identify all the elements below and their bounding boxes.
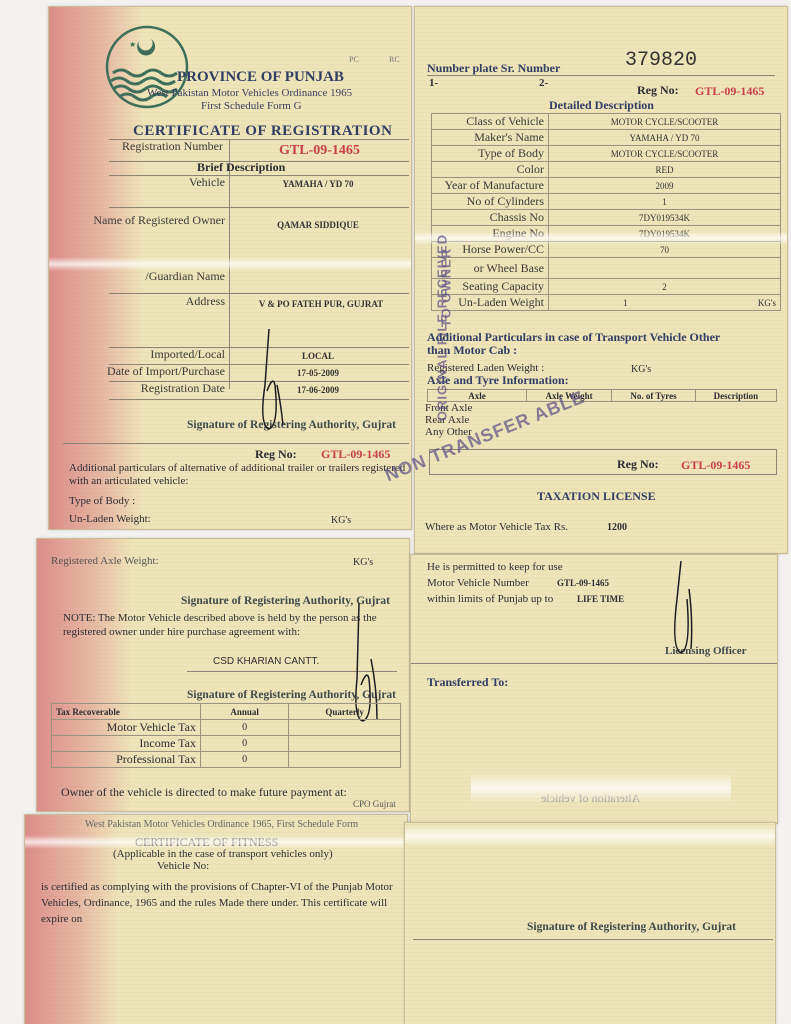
detail-value: 7DY019534K: [549, 226, 781, 242]
detail-label: Class of Vehicle: [432, 114, 549, 130]
vehicle-number-label: Motor Vehicle Number: [427, 577, 529, 589]
detail-label: Color: [432, 162, 549, 178]
address-value: V & PO FATEH PUR, GUJRAT: [233, 299, 409, 309]
certificate-title: CERTIFICATE OF REGISTRATION: [133, 123, 392, 140]
limits-label: within limits of Punjab up to: [427, 593, 553, 605]
trailer-type-of-body: Type of Body :: [69, 495, 135, 507]
detail-value: [549, 258, 781, 279]
permit-line: He is permitted to keep for use: [427, 561, 563, 573]
detail-value: 2009: [549, 178, 781, 194]
signature-label: Signature of Registering Authority, Gujr…: [187, 419, 396, 431]
detail-reg-no-2: GTL-09-1465: [681, 458, 750, 473]
detail-reg-no: GTL-09-1465: [695, 84, 764, 99]
detail-table: Class of VehicleMOTOR CYCLE/SCOOTER Make…: [431, 113, 781, 311]
divider: [109, 399, 409, 400]
fitness-panel: West Pakistan Motor Vehicles Ordinance 1…: [24, 814, 408, 1024]
limits-value: LIFE TIME: [577, 594, 624, 604]
table-row: Type of BodyMOTOR CYCLE/SCOOTER: [432, 146, 781, 162]
owner-value: QAMAR SIDDIQUE: [233, 220, 403, 230]
detail-reg-no-label: Reg No:: [637, 83, 679, 98]
hire-purchase-party: CSD KHARIAN CANTT.: [213, 656, 319, 667]
licensing-officer: Licensing Officer: [665, 645, 747, 657]
back-signature-label: Signature of Registering Authority, Gujr…: [527, 921, 736, 933]
detail-label: Year of Manufacture: [432, 178, 549, 194]
detail-value: YAMAHA / YD 70: [549, 130, 781, 146]
tax-header-row: Tax Recoverable Annual Quarterly: [52, 704, 401, 720]
tax-label: Income Tax: [52, 736, 201, 752]
detail-value: RED: [549, 162, 781, 178]
red-tint: [37, 539, 132, 811]
plate-2: 2-: [539, 77, 548, 89]
divider: [229, 139, 230, 389]
serial-number: 379820: [625, 49, 697, 72]
tax-annual: 0: [201, 736, 289, 752]
vehicle-label: Vehicle: [109, 175, 225, 190]
table-row: Year of Manufacture2009: [432, 178, 781, 194]
transport-title: Additional Particulars in case of Transp…: [427, 331, 727, 357]
table-row: Motor Vehicle Tax 0: [52, 720, 401, 736]
tax-table: Tax Recoverable Annual Quarterly Motor V…: [51, 703, 401, 768]
divider: [63, 443, 409, 444]
corner-label-pc: PC: [349, 55, 359, 64]
detail-panel: Number plate Sr. Number 379820 1- 2- Reg…: [414, 6, 788, 554]
detail-label: Type of Body: [432, 146, 549, 162]
tax-header: Annual: [201, 704, 289, 720]
brief-description-heading: Brief Description: [197, 160, 285, 175]
hire-purchase-panel: Registered Axle Weight: KG's Signature o…: [36, 538, 410, 812]
tax-amount: 1200: [607, 522, 627, 533]
detail-value: MOTOR CYCLE/SCOOTER: [549, 146, 781, 162]
trailer-unladen-weight: Un-Laden Weight:: [69, 513, 151, 525]
tax-annual: 0: [201, 720, 289, 736]
trailer-signature-label: Signature of Registering Authority, Gujr…: [181, 595, 390, 607]
unladen-unit: KG's: [758, 298, 776, 308]
detail-label: Maker's Name: [432, 130, 549, 146]
hire-purchase-note: NOTE: The Motor Vehicle described above …: [63, 611, 409, 639]
detail-value: 2: [549, 279, 781, 295]
tax-quarterly: [289, 720, 401, 736]
divider: [109, 207, 409, 208]
purchase-date-label: Date of Import/Purchase: [89, 364, 225, 379]
trailer-intro: Additional particulars of alternative of…: [69, 462, 409, 488]
table-row: No of Cylinders1: [432, 194, 781, 210]
fitness-header: West Pakistan Motor Vehicles Ordinance 1…: [85, 819, 358, 830]
table-row: or Wheel Base: [432, 258, 781, 279]
tax-quarterly: [289, 752, 401, 768]
reg-number-value: GTL-09-1465: [279, 143, 360, 159]
fold-glare: [49, 257, 411, 271]
table-row: Engine No7DY019534K: [432, 226, 781, 242]
form-text: First Schedule Form G: [201, 100, 302, 112]
tax-label: Motor Vehicle Tax: [52, 720, 201, 736]
fitness-vehicle-no: Vehicle No:: [157, 860, 209, 872]
svg-text:★: ★: [129, 40, 136, 49]
detail-value: 1: [549, 194, 781, 210]
detail-value: 7DY019534K: [549, 210, 781, 226]
axle-weight-label: Registered Axle Weight:: [51, 555, 159, 567]
trailer-reg-no-label: Reg No:: [255, 447, 297, 462]
table-row: Un-Laden Weight1KG's: [432, 295, 781, 311]
detail-label: No of Cylinders: [432, 194, 549, 210]
table-row: Chassis No7DY019534K: [432, 210, 781, 226]
table-row: Maker's NameYAMAHA / YD 70: [432, 130, 781, 146]
table-row: Income Tax 0: [52, 736, 401, 752]
registration-date-value: 17-06-2009: [233, 385, 403, 395]
imported-label: Imported/Local: [109, 347, 225, 362]
address-label: Address: [109, 294, 225, 309]
axle-weight-unit: KG's: [353, 557, 373, 568]
axle-header-row: Axle Axle Weight No. of Tyres Descriptio…: [428, 390, 777, 402]
province-title: PROVINCE OF PUNJAB: [177, 69, 344, 86]
detail-reg-no-label-2: Reg No:: [617, 457, 659, 472]
payment-place: CPO Gujrat: [353, 799, 396, 809]
tax-line: Where as Motor Vehicle Tax Rs.: [425, 521, 568, 533]
table-row: Seating Capacity2: [432, 279, 781, 295]
table-row: Class of VehicleMOTOR CYCLE/SCOOTER: [432, 114, 781, 130]
plate-1: 1-: [429, 77, 438, 89]
trailer-unit: KG's: [331, 515, 351, 526]
vehicle-number-value: GTL-09-1465: [557, 578, 609, 588]
tax-header: Tax Recoverable: [52, 704, 201, 720]
reg-number-label: Registration Number: [119, 139, 223, 154]
registration-panel: ★ PC RC PROVINCE OF PUNJAB West Pakistan…: [48, 6, 412, 530]
table-row: Horse Power/CC70: [432, 242, 781, 258]
axle-table: Axle Axle Weight No. of Tyres Descriptio…: [427, 389, 777, 402]
alteration-heading: Alteration of vehicle: [541, 791, 640, 806]
divider: [413, 939, 773, 940]
tax-label: Professional Tax: [52, 752, 201, 768]
plastic-glare: [405, 825, 775, 847]
trailer-reg-no: GTL-09-1465: [321, 447, 390, 462]
plate-label: Number plate Sr. Number: [427, 61, 560, 76]
detail-value: MOTOR CYCLE/SCOOTER: [549, 114, 781, 130]
guardian-label: /Guardian Name: [109, 269, 225, 284]
tax-annual: 0: [201, 752, 289, 768]
laden-weight-unit: KG's: [631, 364, 651, 375]
detail-value: 1KG's: [549, 295, 781, 311]
tax-quarterly: [289, 736, 401, 752]
table-row: ColorRED: [432, 162, 781, 178]
owner-label: Name of Registered Owner: [71, 213, 225, 228]
purchase-date-value: 17-05-2009: [233, 368, 403, 378]
divider: [187, 671, 397, 672]
registration-date-label: Registration Date: [109, 381, 225, 396]
wheel-base-label: or Wheel Base: [474, 261, 544, 275]
hire-signature-label: Signature of Registering Authority, Gujr…: [187, 689, 396, 701]
future-payment-text: Owner of the vehicle is directed to make…: [61, 785, 347, 800]
fitness-subtitle: (Applicable in the case of transport veh…: [113, 848, 333, 860]
taxation-panel: He is permitted to keep for use Motor Ve…: [410, 554, 778, 824]
taxation-title: TAXATION LICENSE: [537, 489, 656, 504]
signature-icon: [667, 559, 703, 659]
imported-value: LOCAL: [233, 351, 403, 361]
corner-label-rc: RC: [389, 55, 400, 64]
vehicle-value: YAMAHA / YD 70: [233, 179, 403, 189]
detailed-description-title: Detailed Description: [549, 98, 654, 113]
transferred-to-label: Transferred To:: [427, 675, 508, 690]
ordinance-text: West Pakistan Motor Vehicles Ordinance 1…: [147, 87, 352, 99]
divider: [411, 663, 777, 664]
to-owner-stamp: TO OWNER: [439, 238, 454, 338]
table-row: Professional Tax 0: [52, 752, 401, 768]
detail-value: 70: [549, 242, 781, 258]
axle-header: No. of Tyres: [612, 390, 696, 402]
unladen-value: 1: [623, 298, 628, 308]
back-panel: Signature of Registering Authority, Gujr…: [404, 822, 776, 1024]
divider: [427, 75, 775, 76]
tax-header: Quarterly: [289, 704, 401, 720]
axle-header: Description: [695, 390, 776, 402]
fitness-body: is certified as complying with the provi…: [41, 879, 403, 927]
